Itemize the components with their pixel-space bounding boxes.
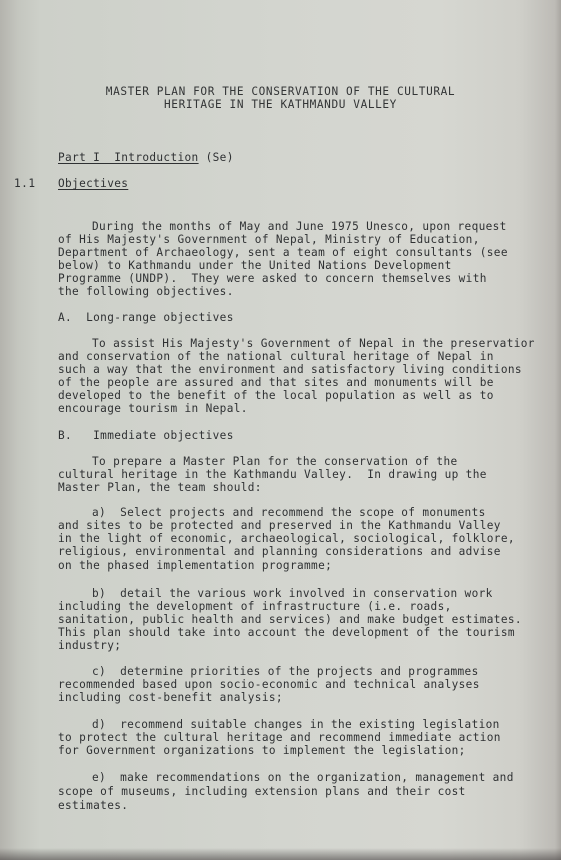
item-b-line: This plan should take into account the d… <box>58 626 515 639</box>
intro-line: Programme (UNDP). They were asked to con… <box>58 272 487 285</box>
subsection-b-line: Master Plan, the team should: <box>58 481 262 494</box>
item-d-line: to protect the cultural heritage and rec… <box>58 731 501 744</box>
intro-line: During the months of May and June 1975 U… <box>92 220 507 233</box>
item-e-line: e) make recommendations on the organizat… <box>92 771 514 784</box>
item-e-line: estimates. <box>58 799 128 812</box>
subsection-a-heading: A. Long-range objectives <box>58 311 234 324</box>
document-title-line-2: HERITAGE IN THE KATHMANDU VALLEY <box>0 98 561 111</box>
section-title: Objectives <box>58 177 128 190</box>
subsection-a-line: To assist His Majesty's Government of Ne… <box>92 337 535 350</box>
intro-line: below) to Kathmandu under the United Nat… <box>58 259 452 272</box>
document-page: MASTER PLAN FOR THE CONSERVATION OF THE … <box>0 0 561 860</box>
subsection-a-line: such a way that the environment and sati… <box>58 363 522 376</box>
subsection-a-line: of the people are assured and that sites… <box>58 376 494 389</box>
item-b-line: industry; <box>58 639 121 652</box>
part-heading-suffix: (Se) <box>199 151 234 164</box>
item-a-line: and sites to be protected and preserved … <box>58 519 501 532</box>
item-a-line: religious, environmental and planning co… <box>58 545 501 558</box>
intro-line: of His Majesty's Government of Nepal, Mi… <box>58 233 480 246</box>
intro-line: Department of Archaeology, sent a team o… <box>58 246 508 259</box>
part-heading: Part I Introduction (Se) <box>58 151 234 164</box>
subsection-b-heading: B. Immediate objectives <box>58 429 234 442</box>
intro-line: the following objectives. <box>58 285 234 298</box>
subsection-a-line: developed to the benefit of the local po… <box>58 389 494 402</box>
part-heading-title: Part I Introduction <box>58 151 199 164</box>
item-d-line: for Government organizations to implemen… <box>58 744 466 757</box>
item-a-line: on the phased implementation programme; <box>58 559 332 572</box>
item-b-line: b) detail the various work involved in c… <box>92 587 493 600</box>
item-b-line: sanitation, public health and services) … <box>58 613 522 626</box>
item-e-line: scope of museums, including extension pl… <box>58 785 466 798</box>
section-number: 1.1 <box>14 177 36 190</box>
item-a-line: a) Select projects and recommend the sco… <box>92 506 486 519</box>
document-title-line-1: MASTER PLAN FOR THE CONSERVATION OF THE … <box>0 85 561 98</box>
item-c-line: recommended based upon socio-economic an… <box>58 678 480 691</box>
item-c-line: including cost-benefit analysis; <box>58 691 283 704</box>
subsection-a-line: encourage tourism in Nepal. <box>58 402 248 415</box>
item-c-line: c) determine priorities of the projects … <box>92 665 479 678</box>
subsection-a-line: and conservation of the national cultura… <box>58 350 494 363</box>
subsection-b-line: To prepare a Master Plan for the conserv… <box>92 455 458 468</box>
item-a-line: in the light of economic, archaeological… <box>58 532 515 545</box>
item-d-line: d) recommend suitable changes in the exi… <box>92 718 500 731</box>
item-b-line: including the development of infrastruct… <box>58 600 452 613</box>
subsection-b-line: cultural heritage in the Kathmandu Valle… <box>58 468 487 481</box>
